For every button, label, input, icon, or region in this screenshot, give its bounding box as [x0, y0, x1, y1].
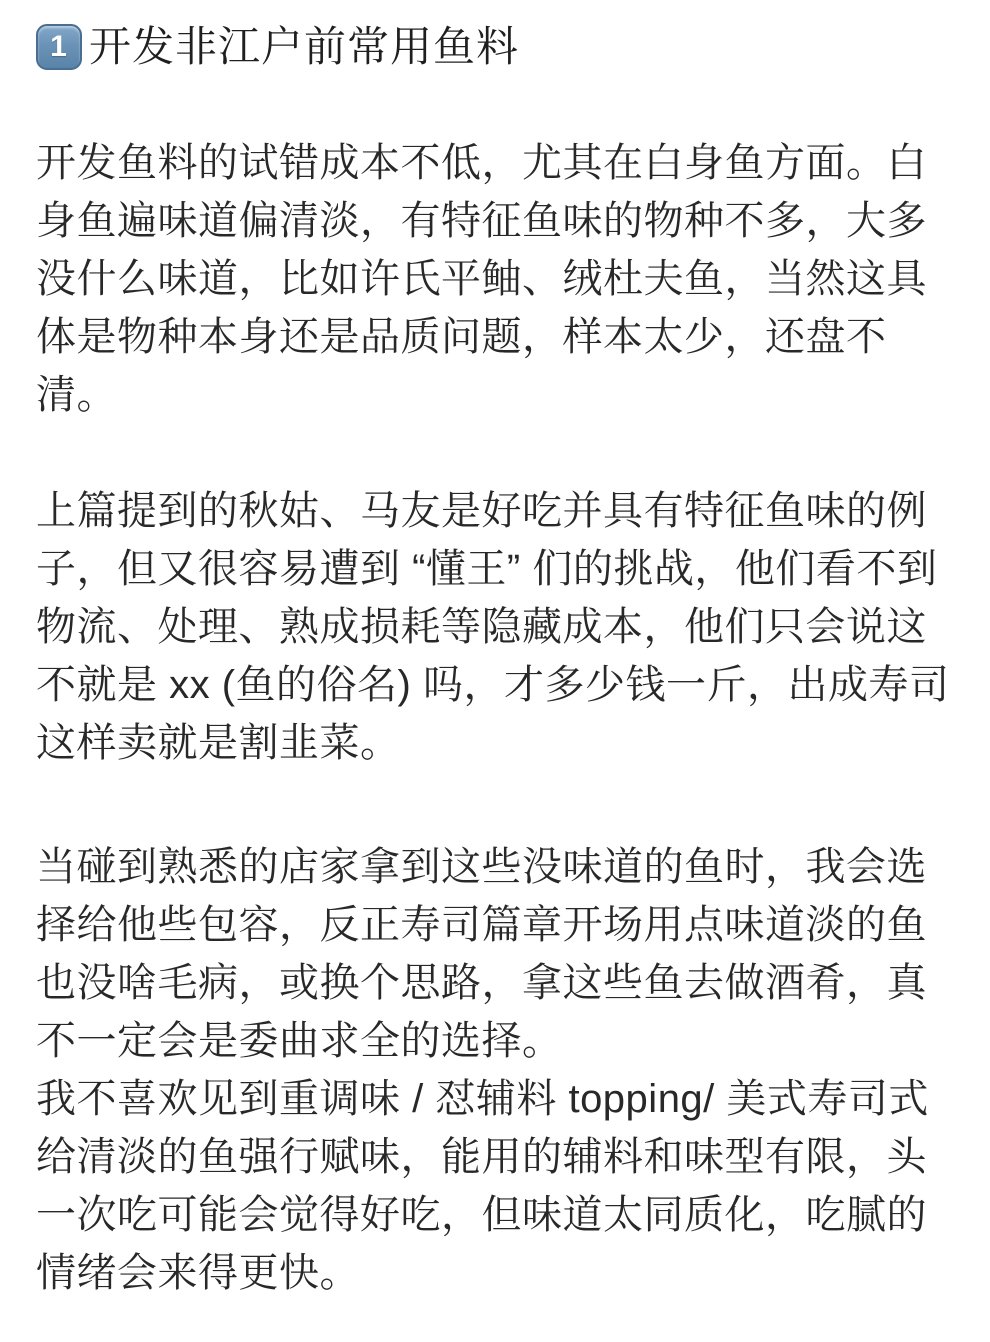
section-heading: 1 开发非江户前常用鱼料	[36, 22, 956, 72]
paragraph: 当碰到熟悉的店家拿到这些没味道的鱼时，我会选择给他些包容，反正寿司篇章开场用点味…	[36, 838, 956, 1070]
keycap-1-icon: 1	[36, 24, 82, 70]
article-page: 1 开发非江户前常用鱼料 开发鱼料的试错成本不低，尤其在白身鱼方面。白身鱼遍味道…	[0, 0, 990, 1342]
paragraph: 我不喜欢见到重调味 / 怼辅料 topping/ 美式寿司式给清淡的鱼强行赋味，…	[36, 1070, 956, 1302]
paragraph: 开发鱼料的试错成本不低，尤其在白身鱼方面。白身鱼遍味道偏清淡，有特征鱼味的物种不…	[36, 134, 956, 424]
article-body: 开发鱼料的试错成本不低，尤其在白身鱼方面。白身鱼遍味道偏清淡，有特征鱼味的物种不…	[36, 134, 956, 1302]
section-heading-text: 开发非江户前常用鱼料	[89, 22, 519, 72]
paragraph: 上篇提到的秋姑、马友是好吃并具有特征鱼味的例子，但又很容易遭到 “懂王” 们的挑…	[36, 482, 956, 772]
